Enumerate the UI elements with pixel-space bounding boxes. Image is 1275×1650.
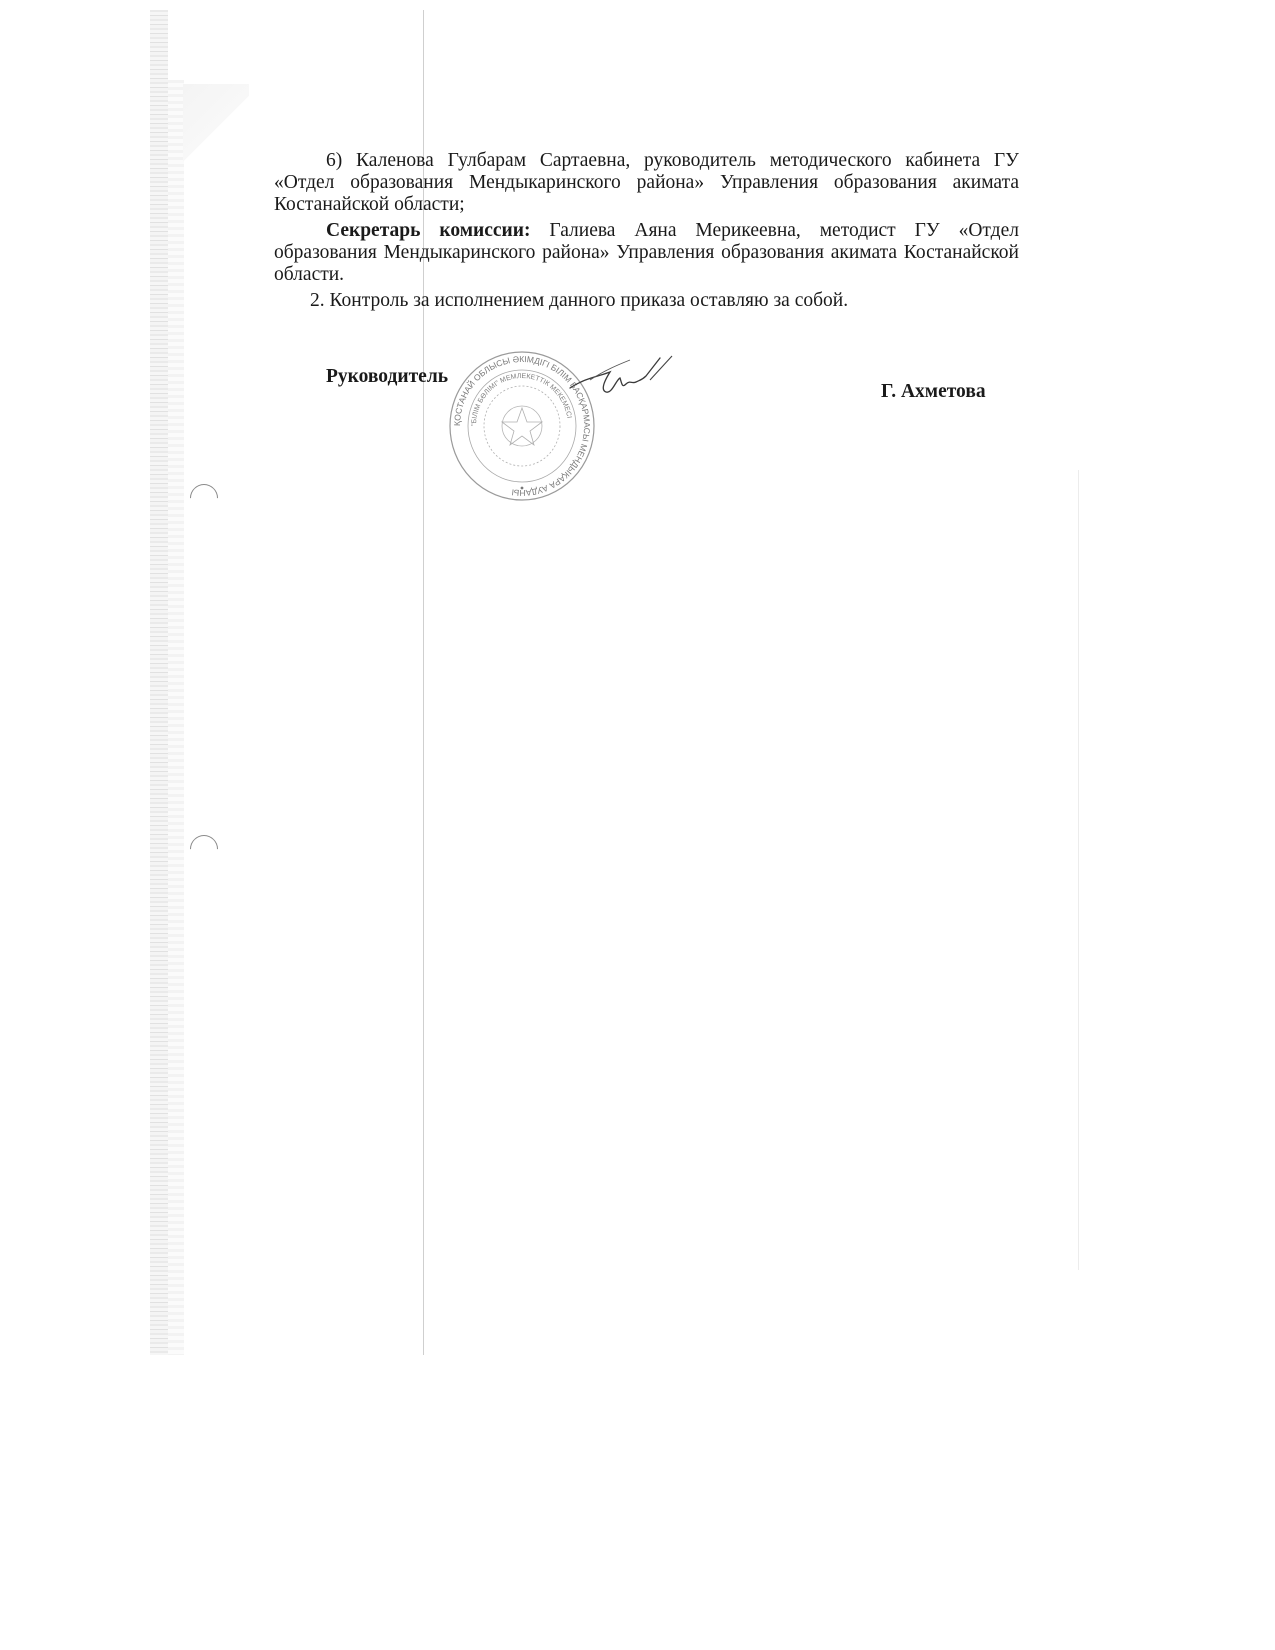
svg-text:"БІЛІМ БӨЛІМІ" МЕМЛЕКЕТТІК МЕК: "БІЛІМ БӨЛІМІ" МЕМЛЕКЕТТІК МЕКЕМЕСІ (471, 373, 572, 426)
document-body: 6) Каленова Гулбарам Сартаевна, руководи… (274, 150, 1019, 316)
paragraph-text: 6) Каленова Гулбарам Сартаевна, руководи… (274, 150, 1019, 215)
punch-hole-bottom (184, 829, 224, 869)
signatory-name: Г. Ахметова (881, 381, 986, 403)
paragraph-secretary: Секретарь комиссии: Галиева Аяна Мерикее… (274, 220, 1019, 286)
signatory-position: Руководитель (326, 366, 448, 388)
scan-edge-shadow-inner (168, 80, 184, 1355)
paragraph-item-2: 2. Контроль за исполнением данного прика… (274, 290, 1019, 312)
punch-hole-top (184, 478, 224, 518)
paragraph-item-6: 6) Каленова Гулбарам Сартаевна, руководи… (274, 150, 1019, 216)
stamp-inner-text: "БІЛІМ БӨЛІМІ" МЕМЛЕКЕТТІК МЕКЕМЕСІ (471, 373, 572, 426)
secretary-label: Секретарь комиссии: (326, 220, 531, 241)
scan-edge-shadow (150, 10, 168, 1355)
paragraph-text: 2. Контроль за исполнением данного прика… (310, 290, 848, 311)
handwritten-signature-icon (560, 350, 680, 410)
scan-fold-line-right (1078, 470, 1079, 1270)
folded-corner (183, 84, 249, 174)
